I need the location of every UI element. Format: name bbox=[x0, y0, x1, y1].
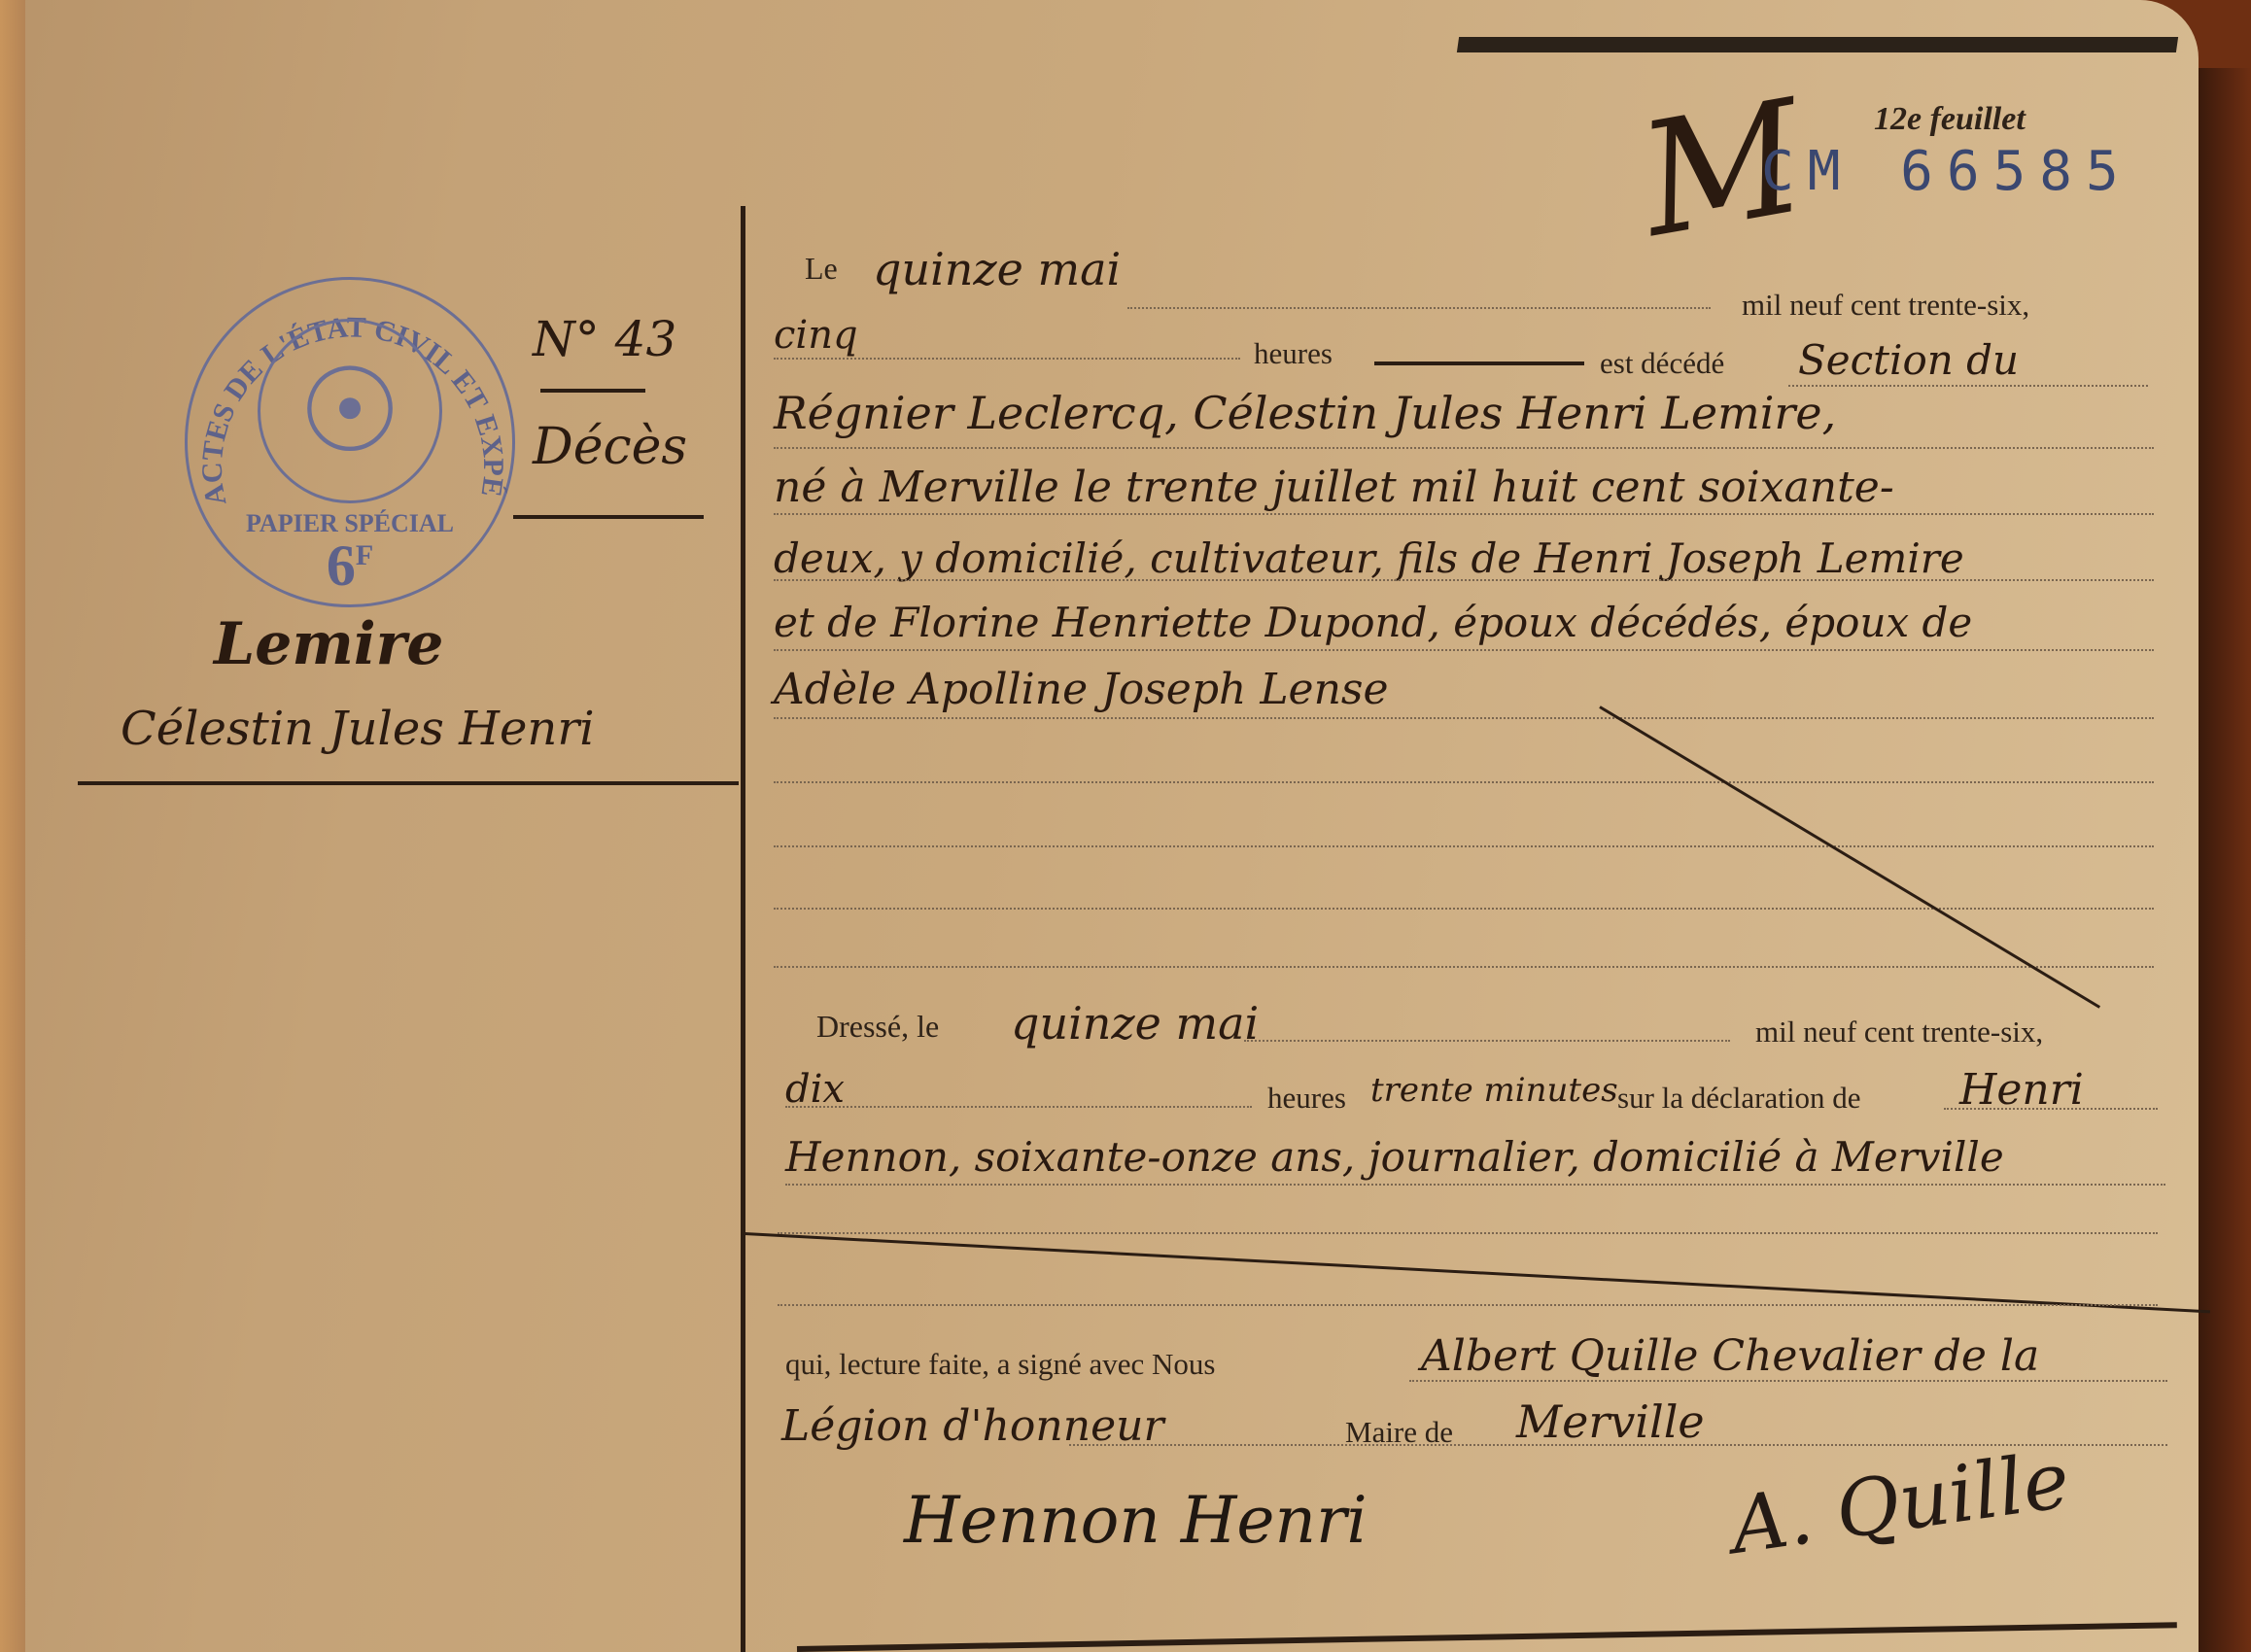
drawn-up-minutes: trente minutes bbox=[1370, 1071, 1618, 1110]
drawn-up-prefix: Dressé, le bbox=[816, 1009, 939, 1045]
deceased-label: est décédé bbox=[1600, 346, 1724, 381]
act-hour: cinq bbox=[774, 313, 858, 358]
act-year: mil neuf cent trente-six, bbox=[1742, 288, 2029, 323]
margin-surname: Lemire bbox=[214, 610, 443, 678]
act-line-4: né à Merville le trente juillet mil huit… bbox=[774, 463, 1894, 512]
mayor-name: Albert Quille Chevalier de la bbox=[1421, 1331, 2039, 1381]
death-place: Section du bbox=[1798, 336, 2019, 384]
marianne-icon: ☉ bbox=[258, 319, 442, 503]
stamp-value: 6F bbox=[188, 533, 512, 600]
act-date: quinze mai bbox=[873, 243, 1121, 295]
act-prefix: Le bbox=[805, 251, 838, 287]
register-number: CM 66585 bbox=[1761, 140, 2132, 203]
act-line-7: Adèle Apolline Joseph Lense bbox=[774, 665, 1389, 714]
drawn-up-year: mil neuf cent trente-six, bbox=[1755, 1015, 2043, 1050]
act-type: Décès bbox=[533, 418, 687, 476]
book-binding-edge bbox=[1457, 37, 2178, 52]
declaration-label: sur la déclaration de bbox=[1617, 1081, 1860, 1116]
act-line-6: et de Florine Henriette Dupond, époux dé… bbox=[774, 599, 1972, 646]
drawn-up-date: quinze mai bbox=[1011, 997, 1259, 1050]
page-edge bbox=[0, 0, 25, 1652]
drawn-up-hours-label: heures bbox=[1267, 1081, 1346, 1116]
declarant-signature: Hennon Henri bbox=[904, 1483, 1368, 1558]
drawn-up-line-3: Hennon, soixante-onze ans, journalier, d… bbox=[785, 1133, 2004, 1181]
column-divider bbox=[741, 206, 745, 1652]
town-name: Merville bbox=[1516, 1395, 1705, 1448]
act-number: N° 43 bbox=[533, 311, 676, 367]
act-line-5: deux, y domicilié, cultivateur, fils de … bbox=[774, 534, 1964, 582]
sheet-label: 12e feuillet bbox=[1874, 101, 2026, 138]
margin-given-names: Célestin Jules Henri bbox=[121, 702, 595, 756]
fiscal-stamp: ACTES DE L'ÉTAT CIVIL ET EXPÉDITIONS ☉ P… bbox=[185, 277, 515, 607]
margin-divider bbox=[513, 515, 704, 519]
hours-label: heures bbox=[1254, 336, 1333, 371]
table-background bbox=[2199, 68, 2251, 1652]
margin-divider bbox=[540, 389, 645, 393]
margin-bottom-rule bbox=[78, 781, 739, 785]
act-line-3: Régnier Leclercq, Célestin Jules Henri L… bbox=[774, 387, 1836, 439]
signature-prefix: qui, lecture faite, a signé avec Nous bbox=[785, 1347, 1215, 1382]
